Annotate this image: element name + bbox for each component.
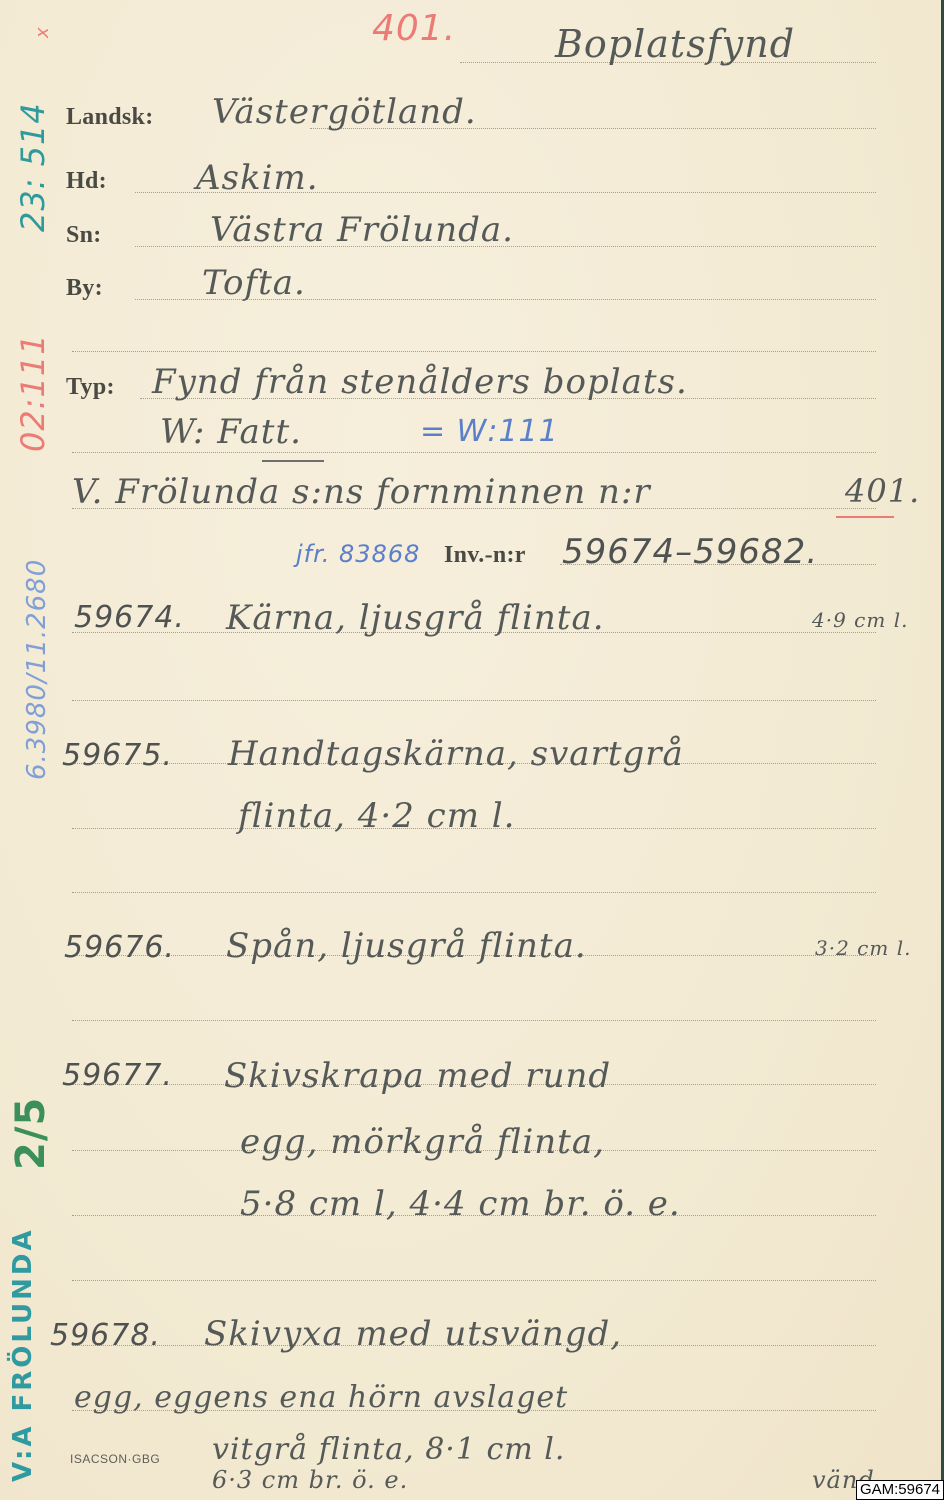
entry-measure: 4·9 cm l. [812, 608, 908, 632]
value-hd: Askim. [196, 158, 319, 198]
entry-text: Skivskrapa med rund [224, 1056, 611, 1096]
entry-text: Handtagskärna, svartgrå [228, 734, 684, 774]
catalog-card: 401. Boplatsfynd Landsk: Västergötland. … [0, 0, 941, 1500]
value-typ-line2: W: Fatt. [160, 412, 302, 452]
entry-text: 6·3 cm br. ö. e. [212, 1466, 408, 1494]
fornminne-text: V. Frölunda s:ns fornminnen n:r [72, 472, 651, 512]
location-stamp: V:A FRÖLUNDA [8, 1227, 38, 1482]
rule-2 [72, 700, 876, 701]
entry-measure: 3·2 cm l. [815, 936, 911, 960]
rule-blank [72, 351, 876, 352]
value-landsk: Västergötland. [212, 92, 477, 132]
annotation-w111: = W:111 [420, 414, 559, 449]
entry-number: 59675. [62, 738, 173, 773]
label-hd: Hd: [66, 168, 107, 195]
entry-number: 59677. [62, 1058, 173, 1093]
entry-number: 59674. [74, 600, 185, 635]
entry-number: 59678. [50, 1318, 161, 1353]
value-by: Tofta. [202, 263, 306, 303]
printer-imprint: ISACSON·GBG [70, 1452, 160, 1466]
catalog-number-red: 401. [372, 8, 456, 49]
entry-text: egg, mörkgrå flinta, [240, 1122, 605, 1162]
inv-reference: jfr. 83868 [296, 540, 420, 568]
entry-text: vitgrå flinta, 8·1 cm l. [212, 1432, 565, 1467]
underline-fatt [262, 460, 324, 462]
entry-text: flinta, 4·2 cm l. [238, 796, 515, 836]
entry-number: 59676. [64, 930, 175, 965]
rule-7 [72, 1020, 876, 1021]
margin-teal-note: 23: 514 [14, 102, 52, 232]
value-typ: Fynd från stenålders boplats. [152, 362, 688, 402]
underline-401 [836, 516, 894, 518]
rule-5 [72, 892, 876, 893]
label-by: By: [66, 275, 103, 302]
inv-label: Inv.-n:r [444, 542, 526, 569]
inv-range: 59674–59682. [562, 532, 818, 572]
margin-blue-note: 6.3980/11.2680 [22, 559, 52, 780]
label-landsk: Landsk: [66, 104, 153, 131]
rule-11 [72, 1280, 876, 1281]
entry-text: egg, eggens ena hörn avslaget [74, 1380, 568, 1415]
entry-text: 5·8 cm l, 4·4 cm br. ö. e. [240, 1184, 681, 1224]
margin-red-x: x [32, 26, 53, 38]
value-sn: Västra Frölunda. [210, 210, 514, 250]
rule-typ2 [72, 452, 876, 453]
entry-text: Skivyxa med utsvängd, [204, 1314, 622, 1354]
label-sn: Sn: [66, 222, 102, 249]
margin-green-note: 2/5 [8, 1097, 54, 1170]
margin-red-note: 02:111 [14, 333, 52, 452]
category-heading: Boplatsfynd [555, 22, 795, 66]
entry-text: Kärna, ljusgrå flinta. [226, 598, 605, 638]
label-typ: Typ: [66, 374, 115, 401]
image-id-label: GAM:59674 [856, 1480, 944, 1500]
entry-text: Spån, ljusgrå flinta. [226, 926, 587, 966]
fornminne-number: 401. [845, 472, 920, 510]
